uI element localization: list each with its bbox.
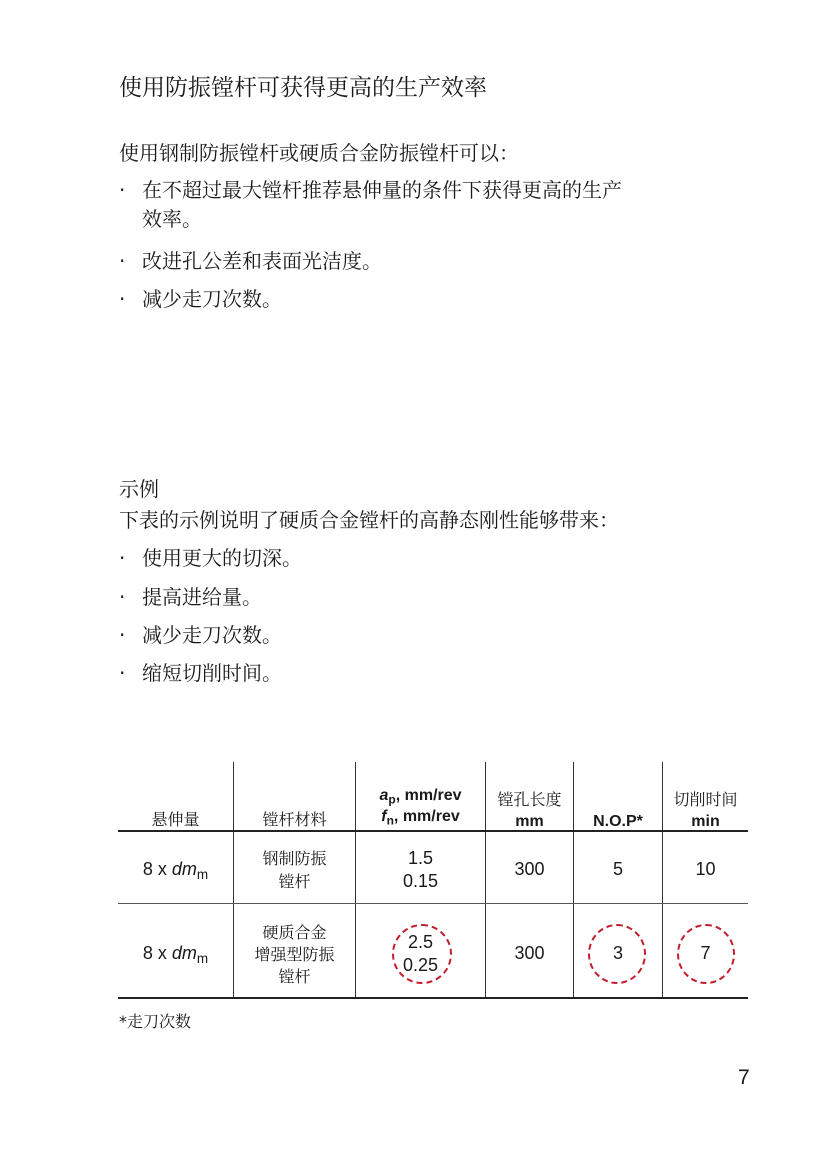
- cell-ap: 1.5: [356, 847, 485, 869]
- header-bore-length-unit: mm: [486, 811, 573, 832]
- cell-nop: 5: [574, 858, 662, 880]
- header-cut-time: 切削时间: [663, 789, 748, 810]
- bottom-rule: [118, 997, 748, 999]
- bullet-icon: ·: [119, 176, 141, 204]
- highlight-circle-icon: [677, 924, 735, 984]
- cell-material-cont: 镗杆: [234, 966, 355, 987]
- highlight-circle-icon: [392, 924, 452, 984]
- cell-fn: 0.15: [356, 870, 485, 892]
- header-fn: fn, mm/rev: [356, 806, 485, 832]
- cell-overhang: 8 x dmm: [118, 942, 233, 970]
- page-number: 7: [738, 1066, 750, 1090]
- cell-bore-length: 300: [486, 942, 573, 964]
- highlight-circle-icon: [588, 924, 646, 984]
- section-heading: 示例: [119, 475, 159, 503]
- list-item-text: 减少走刀次数。: [142, 621, 282, 649]
- list-item-text: 减少走刀次数。: [142, 285, 282, 313]
- list-item-text: 缩短切削时间。: [142, 659, 282, 687]
- cell-cut-time: 10: [663, 858, 748, 880]
- bullet-icon: ·: [119, 659, 141, 687]
- list-item-text: 使用更大的切深。: [142, 544, 302, 572]
- row-rule: [118, 903, 748, 904]
- header-nop: N.O.P*: [574, 811, 662, 832]
- cell-material-cont: 增强型防振: [234, 944, 355, 965]
- bullet-icon: ·: [119, 247, 141, 275]
- header-material: 镗杆材料: [234, 809, 355, 830]
- bullet-icon: ·: [119, 544, 141, 572]
- bullet-icon: ·: [119, 583, 141, 611]
- cell-bore-length: 300: [486, 858, 573, 880]
- bullet-icon: ·: [119, 621, 141, 649]
- cell-material: 钢制防振: [234, 848, 355, 869]
- header-overhang: 悬伸量: [118, 809, 233, 830]
- bullet-icon: ·: [119, 285, 141, 313]
- example-intro: 下表的示例说明了硬质合金镗杆的高静态刚性能够带来：: [119, 506, 619, 534]
- list-item-text: 在不超过最大镗杆推荐悬伸量的条件下获得更高的生产: [142, 176, 622, 204]
- page-title: 使用防振镗杆可获得更高的生产效率: [119, 72, 487, 104]
- list-item-text: 提高进给量。: [142, 583, 262, 611]
- header-cut-time-unit: min: [663, 811, 748, 832]
- list-item-text: 改进孔公差和表面光洁度。: [142, 247, 382, 275]
- footnote: *走刀次数: [119, 1012, 191, 1032]
- intro-paragraph: 使用钢制防振镗杆或硬质合金防振镗杆可以：: [119, 139, 519, 167]
- list-item-text-cont: 效率。: [142, 205, 202, 233]
- cell-material-cont: 镗杆: [234, 871, 355, 892]
- header-bore-length: 镗孔长度: [486, 789, 573, 810]
- cell-overhang: 8 x dmm: [118, 858, 233, 886]
- cell-material: 硬质合金: [234, 922, 355, 943]
